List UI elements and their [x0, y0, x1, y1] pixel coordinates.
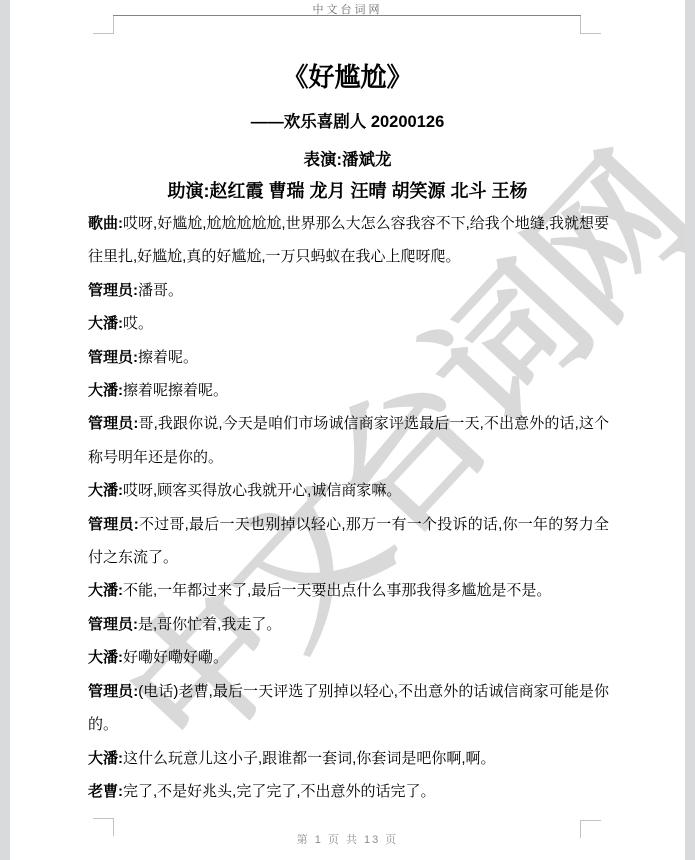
paragraph: 管理员:不过哥,最后一天也别掉以轻心,那万一有一个投诉的话,你一年的努力全付之东…	[88, 508, 609, 575]
paragraph: 大潘:这什么玩意儿这小子,跟谁都一套词,你套词是吧你啊,啊。	[88, 742, 609, 775]
paragraph: 大潘:不能,一年都过来了,最后一天要出点什么事那我得多尴尬是不是。	[88, 574, 609, 607]
speaker-label: 管理员:	[88, 616, 138, 633]
dialogue-text: 这什么玩意儿这小子,跟谁都一套词,你套词是吧你啊,啊。	[123, 750, 496, 767]
show-subtitle: ——欢乐喜剧人 20200126	[10, 108, 685, 132]
speaker-label: 大潘:	[88, 482, 123, 499]
paragraph: 管理员:哥,我跟你说,今天是咱们市场诚信商家评选最后一天,不出意外的话,这个称号…	[88, 407, 609, 474]
paragraph: 大潘:哎。	[88, 307, 609, 340]
speaker-label: 歌曲:	[88, 215, 123, 232]
crop-mark-top-left	[113, 16, 114, 33]
dialogue-text: 是,哥你忙着,我走了。	[138, 616, 281, 633]
speaker-label: 大潘:	[88, 582, 123, 599]
crop-mark-top-left	[93, 33, 114, 34]
paragraph: 歌曲:哎呀,好尴尬,尬尬尬尬尬,世界那么大怎么容我容不下,给我个地缝,我就想要往…	[88, 207, 609, 274]
crop-mark-top-right	[580, 16, 581, 33]
dialogue-text: 完了,不是好兆头,完了完了,不出意外的话完了。	[123, 783, 436, 800]
performer-line: 表演:潘斌龙	[10, 146, 685, 170]
dialogue-text: 擦着呢。	[138, 349, 198, 366]
dialogue-text: 哎。	[123, 315, 153, 332]
page-title: 《好尴尬》	[10, 57, 685, 94]
dialogue-text: 哥,我跟你说,今天是咱们市场诚信商家评选最后一天,不出意外的话,这个称号明年还是…	[88, 415, 609, 465]
paragraph: 管理员:擦着呢。	[88, 341, 609, 374]
crop-mark-top-right	[580, 33, 601, 34]
footer-page-number: 第 1 页 共 13 页	[10, 831, 685, 847]
speaker-label: 管理员:	[88, 349, 138, 366]
speaker-label: 大潘:	[88, 315, 123, 332]
header-rule	[113, 15, 581, 16]
document-page: 中文台词网 中文台词网 《好尴尬》 ——欢乐喜剧人 20200126 表演:潘斌…	[10, 0, 685, 860]
speaker-label: 老曹:	[88, 783, 123, 800]
dialogue-text: 不过哥,最后一天也别掉以轻心,那万一有一个投诉的话,你一年的努力全付之东流了。	[88, 516, 609, 566]
dialogue-text: (电话)老曹,最后一天评选了别掉以轻心,不出意外的话诚信商家可能是你的。	[88, 683, 609, 733]
dialogue-text: 哎呀,顾客买得放心我就开心,诚信商家嘛。	[123, 482, 401, 499]
speaker-label: 管理员:	[88, 516, 139, 533]
costars-line: 助演:赵红霞 曹瑞 龙月 汪晴 胡笑源 北斗 王杨	[10, 177, 685, 203]
speaker-label: 大潘:	[88, 382, 123, 399]
script-body: 歌曲:哎呀,好尴尬,尬尬尬尬尬,世界那么大怎么容我容不下,给我个地缝,我就想要往…	[88, 207, 609, 808]
speaker-label: 管理员:	[88, 683, 138, 700]
paragraph: 管理员:是,哥你忙着,我走了。	[88, 608, 609, 641]
paragraph: 管理员:(电话)老曹,最后一天评选了别掉以轻心,不出意外的话诚信商家可能是你的。	[88, 675, 609, 742]
paragraph: 大潘:擦着呢擦着呢。	[88, 374, 609, 407]
speaker-label: 大潘:	[88, 649, 123, 666]
dialogue-text: 哎呀,好尴尬,尬尬尬尬尬,世界那么大怎么容我容不下,给我个地缝,我就想要往里扎,…	[88, 215, 609, 265]
paragraph: 大潘:哎呀,顾客买得放心我就开心,诚信商家嘛。	[88, 474, 609, 507]
paragraph: 老曹:完了,不是好兆头,完了完了,不出意外的话完了。	[88, 775, 609, 808]
crop-mark-bottom-left	[93, 818, 114, 819]
speaker-label: 管理员:	[88, 282, 138, 299]
paragraph: 大潘:好嘞好嘞好嘞。	[88, 641, 609, 674]
crop-mark-bottom-right	[580, 820, 601, 821]
paragraph: 管理员:潘哥。	[88, 274, 609, 307]
speaker-label: 管理员:	[88, 415, 138, 432]
dialogue-text: 擦着呢擦着呢。	[123, 382, 228, 399]
dialogue-text: 潘哥。	[138, 282, 183, 299]
speaker-label: 大潘:	[88, 750, 123, 767]
dialogue-text: 不能,一年都过来了,最后一天要出点什么事那我得多尴尬是不是。	[123, 582, 551, 599]
dialogue-text: 好嘞好嘞好嘞。	[123, 649, 228, 666]
